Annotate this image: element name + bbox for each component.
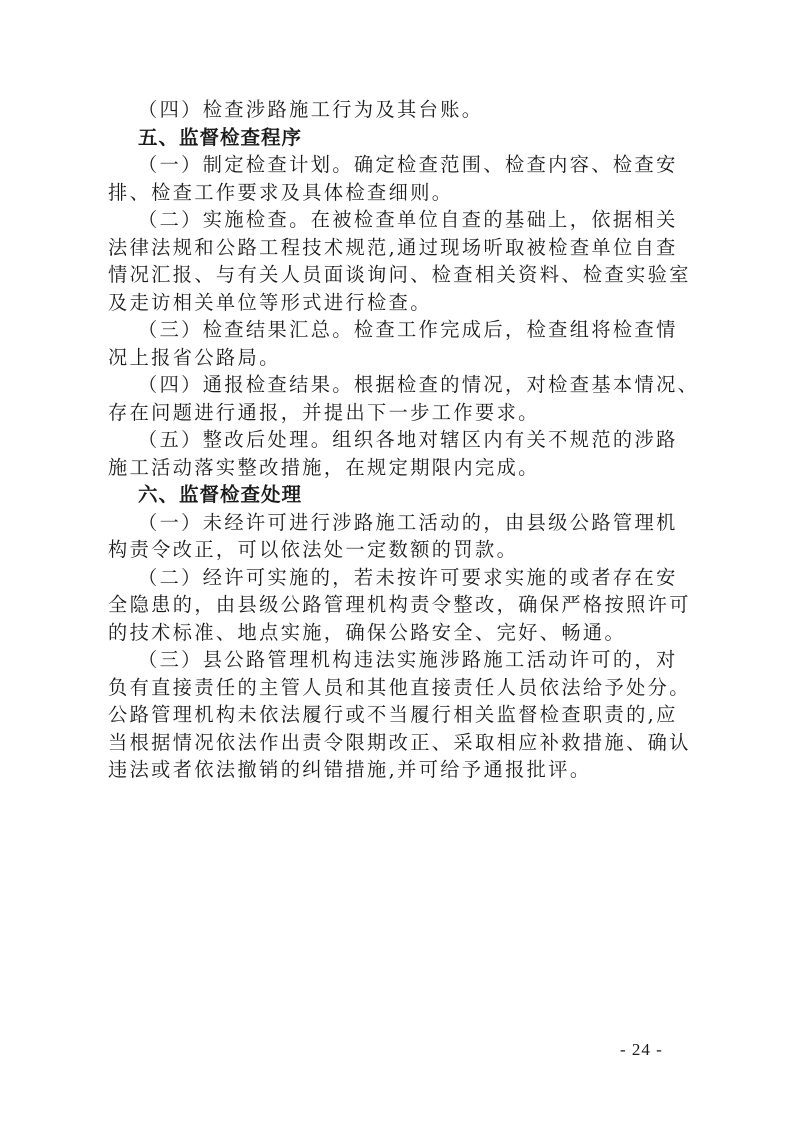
paragraph-line: （二）经许可实施的，若未按许可要求实施的或者存在安 <box>108 564 672 592</box>
paragraph-line: 公路管理机构未依法履行或不当履行相关监督检查职责的,应 <box>108 701 672 729</box>
paragraph-line: 法律法规和公路工程技术规范,通过现场听取被检查单位自查 <box>108 234 672 262</box>
paragraph-line: 排、检查工作要求及具体检查细则。 <box>108 179 672 207</box>
paragraph-line: 存在问题进行通报，并提出下一步工作要求。 <box>108 399 672 427</box>
paragraph-line: 情况汇报、与有关人员面谈询问、检查相关资料、检查实验室 <box>108 261 672 289</box>
paragraph-line: （三）检查结果汇总。检查工作完成后，检查组将检查情 <box>108 316 672 344</box>
paragraph-line: （一）未经许可进行涉路施工活动的，由县级公路管理机 <box>108 509 672 537</box>
section-heading-6: 六、监督检查处理 <box>108 481 672 509</box>
paragraph-line: 负有直接责任的主管人员和其他直接责任人员依法给予处分。 <box>108 674 672 702</box>
paragraph-line: 及走访相关单位等形式进行检查。 <box>108 289 672 317</box>
paragraph-line: 违法或者依法撤销的纠错措施,并可给予通报批评。 <box>108 756 672 784</box>
section-heading-5: 五、监督检查程序 <box>108 124 672 152</box>
paragraph-line: 全隐患的，由县级公路管理机构责令整改，确保严格按照许可 <box>108 591 672 619</box>
paragraph-line: 施工活动落实整改措施，在规定期限内完成。 <box>108 454 672 482</box>
paragraph-line: （二）实施检查。在被检查单位自查的基础上，依据相关 <box>108 206 672 234</box>
page-number: - 24 - <box>620 1040 663 1060</box>
paragraph-line: （四）检查涉路施工行为及其台账。 <box>108 96 672 124</box>
document-body: （四）检查涉路施工行为及其台账。 五、监督检查程序 （一）制定检查计划。确定检查… <box>108 96 672 784</box>
paragraph-line: （五）整改后处理。组织各地对辖区内有关不规范的涉路 <box>108 426 672 454</box>
paragraph-line: （一）制定检查计划。确定检查范围、检查内容、检查安 <box>108 151 672 179</box>
paragraph-line: （四）通报检查结果。根据检查的情况，对检查基本情况、 <box>108 371 672 399</box>
paragraph-line: 构责令改正，可以依法处一定数额的罚款。 <box>108 536 672 564</box>
paragraph-line: 当根据情况依法作出责令限期改正、采取相应补救措施、确认 <box>108 729 672 757</box>
paragraph-line: 况上报省公路局。 <box>108 344 672 372</box>
paragraph-line: 的技术标准、地点实施，确保公路安全、完好、畅通。 <box>108 619 672 647</box>
paragraph-line: （三）县公路管理机构违法实施涉路施工活动许可的，对 <box>108 646 672 674</box>
